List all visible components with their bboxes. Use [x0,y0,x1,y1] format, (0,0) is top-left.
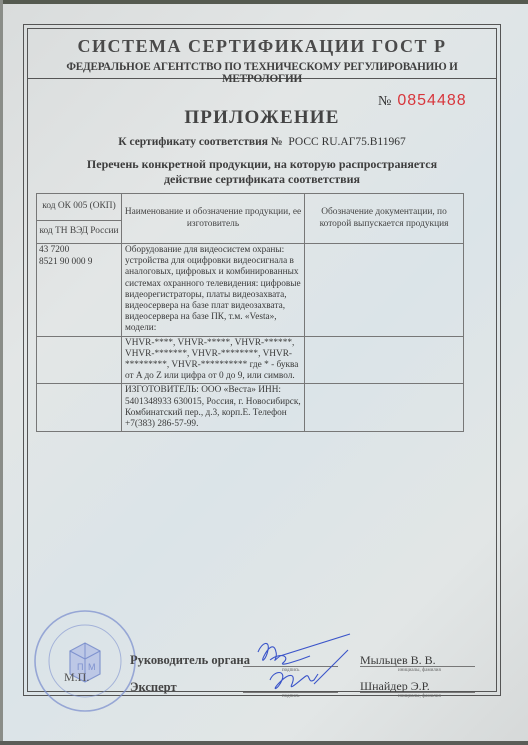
expert-label: Эксперт [130,680,177,695]
table-row: ИЗГОТОВИТЕЛЬ: ООО «Веста» ИНН: 540134893… [37,384,464,432]
product-documentation [305,384,464,432]
product-models: VHVR-****, VHVR-*****, VHVR-******, VHVR… [122,336,305,384]
header-documentation: Обозначение документации, по которой вып… [305,194,464,244]
certificate-reference-label: К сертификату соответствия № [118,136,282,148]
header-code-okp: код ОК 005 (ОКП) [37,194,122,221]
product-codes [37,336,122,384]
product-documentation [305,336,464,384]
scan-edge-bottom [0,741,528,745]
seal-place-label: М.П. [64,670,89,685]
certification-seal-icon: П М [30,606,140,716]
product-list-title: Перечень конкретной продукции, на котору… [27,157,497,187]
product-documentation [305,244,464,337]
table-row: VHVR-****, VHVR-*****, VHVR-******, VHVR… [37,336,464,384]
manufacturer-info: ИЗГОТОВИТЕЛЬ: ООО «Веста» ИНН: 540134893… [122,384,305,432]
scan-edge-left [0,0,3,745]
annex-title: ПРИЛОЖЕНИЕ [27,107,497,129]
system-title: СИСТЕМА СЕРТИФИКАЦИИ ГОСТ Р [27,36,497,57]
products-table: код ОК 005 (ОКП) Наименование и обозначе… [36,193,464,432]
code-tn-ved-value: 8521 90 000 9 [39,257,119,269]
handwritten-signature-icon [240,630,370,700]
head-of-body-label: Руководитель органа [130,653,250,668]
head-name-caption: инициалы, фамилия [398,668,441,673]
code-okp-value: 43 7200 [39,245,119,257]
table-header-row: код ОК 005 (ОКП) Наименование и обозначе… [37,194,464,221]
head-name-line [360,666,475,667]
product-list-title-line2: действие сертификата соответствия [27,172,497,187]
product-codes: 43 7200 8521 90 000 9 [37,244,122,337]
product-list-title-line1: Перечень конкретной продукции, на котору… [27,157,497,172]
header-code-tn-ved: код ТН ВЭД России [37,221,122,244]
scan-edge-top [0,0,528,4]
product-description: Оборудование для видеосистем охраны: уст… [122,244,305,337]
product-codes [37,384,122,432]
header-product-name: Наименование и обозначение продукции, ее… [122,194,305,244]
expert-name-caption: инициалы, фамилия [398,694,441,699]
agency-title: ФЕДЕРАЛЬНОЕ АГЕНТСТВО ПО ТЕХНИЧЕСКОМУ РЕ… [27,61,497,85]
certificate-reference: К сертификату соответствия №РОСС RU.АГ75… [27,136,497,148]
certificate-number: РОСС RU.АГ75.В11967 [288,136,405,148]
table-row: 43 7200 8521 90 000 9 Оборудование для в… [37,244,464,337]
expert-name-line [360,692,475,693]
